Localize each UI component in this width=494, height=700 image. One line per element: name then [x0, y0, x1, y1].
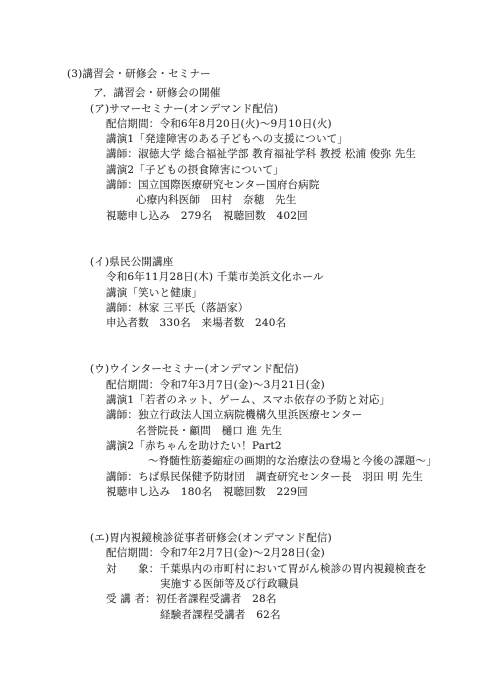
detail-line: 講師：独立行政法人国立病院機構久里浜医療センター	[106, 408, 494, 423]
section-heading: (3)講習会・研修会・セミナー	[67, 67, 494, 82]
detail-line: 講師：林家 三平氏（落語家）	[106, 301, 494, 316]
event-heading-gastroscopy-training: (エ)胃内視鏡検診従事者研修会(オンデマンド配信)	[90, 531, 494, 546]
detail-line-continuation: 実施する医師等及び行政職員	[160, 577, 494, 592]
detail-line: 講師：淑徳大学 総合福祉学部 教育福祉学科 教授 松浦 俊弥 先生	[106, 147, 494, 162]
event-heading-public-lecture: (イ)県民公開講座	[90, 255, 494, 270]
subsection-heading: ア．講習会・研修会の開催	[93, 86, 494, 101]
detail-line: 申込者数 330名 来場者数 240名	[106, 316, 494, 331]
detail-line: 講師：ちば県民保健予防財団 調査研究センター長 羽田 明 先生	[106, 470, 494, 485]
detail-line-continuation: 名誉院長・顧問 樋口 進 先生	[136, 424, 494, 439]
detail-line: 講演「笑いと健康」	[106, 286, 494, 301]
event-heading-winter-seminar: (ウ)ウインターセミナー(オンデマンド配信)	[90, 362, 494, 377]
detail-line: 配信期間：令和7年3月7日(金)～3月21日(金)	[106, 378, 494, 393]
document-page: (3)講習会・研修会・セミナー ア．講習会・研修会の開催 (ア)サマーセミナー(…	[0, 0, 494, 700]
detail-line-continuation: 経験者課程受講者 62名	[160, 608, 494, 623]
detail-line: 講演2「子どもの摂食障害について」	[106, 163, 494, 178]
detail-line: 視聴申し込み 279名 視聴回数 402回	[106, 209, 494, 224]
detail-line: 講演1「若者のネット、ゲーム、スマホ依存の予防と対応」	[106, 393, 494, 408]
event-heading-summer-seminar: (ア)サマーセミナー(オンデマンド配信)	[90, 102, 494, 117]
detail-line: 視聴申し込み 180名 視聴回数 229回	[106, 485, 494, 500]
detail-line: 配信期間：令和6年8月20日(火)～9月10日(火)	[106, 117, 494, 132]
detail-line: 配信期間：令和7年2月7日(金)～2月28日(金)	[106, 546, 494, 561]
detail-line-continuation: ～脊髄性筋萎縮症の画期的な治療法の登場と今後の課題～」	[148, 454, 494, 469]
detail-line: 受 講 者：初任者課程受講者 28名	[106, 592, 494, 607]
detail-line: 講演1「発達障害のある子どもへの支援について」	[106, 132, 494, 147]
detail-line: 講演2「赤ちゃんを助けたい！Part2	[106, 439, 494, 454]
detail-line-continuation: 心療内科医師 田村 奈穂 先生	[136, 193, 494, 208]
detail-line: 令和6年11月28日(木) 千葉市美浜文化ホール	[106, 270, 494, 285]
detail-line: 対 象：千葉県内の市町村において胃がん検診の胃内視鏡検査を	[106, 562, 494, 577]
detail-line: 講師：国立国際医療研究センター国府台病院	[106, 178, 494, 193]
